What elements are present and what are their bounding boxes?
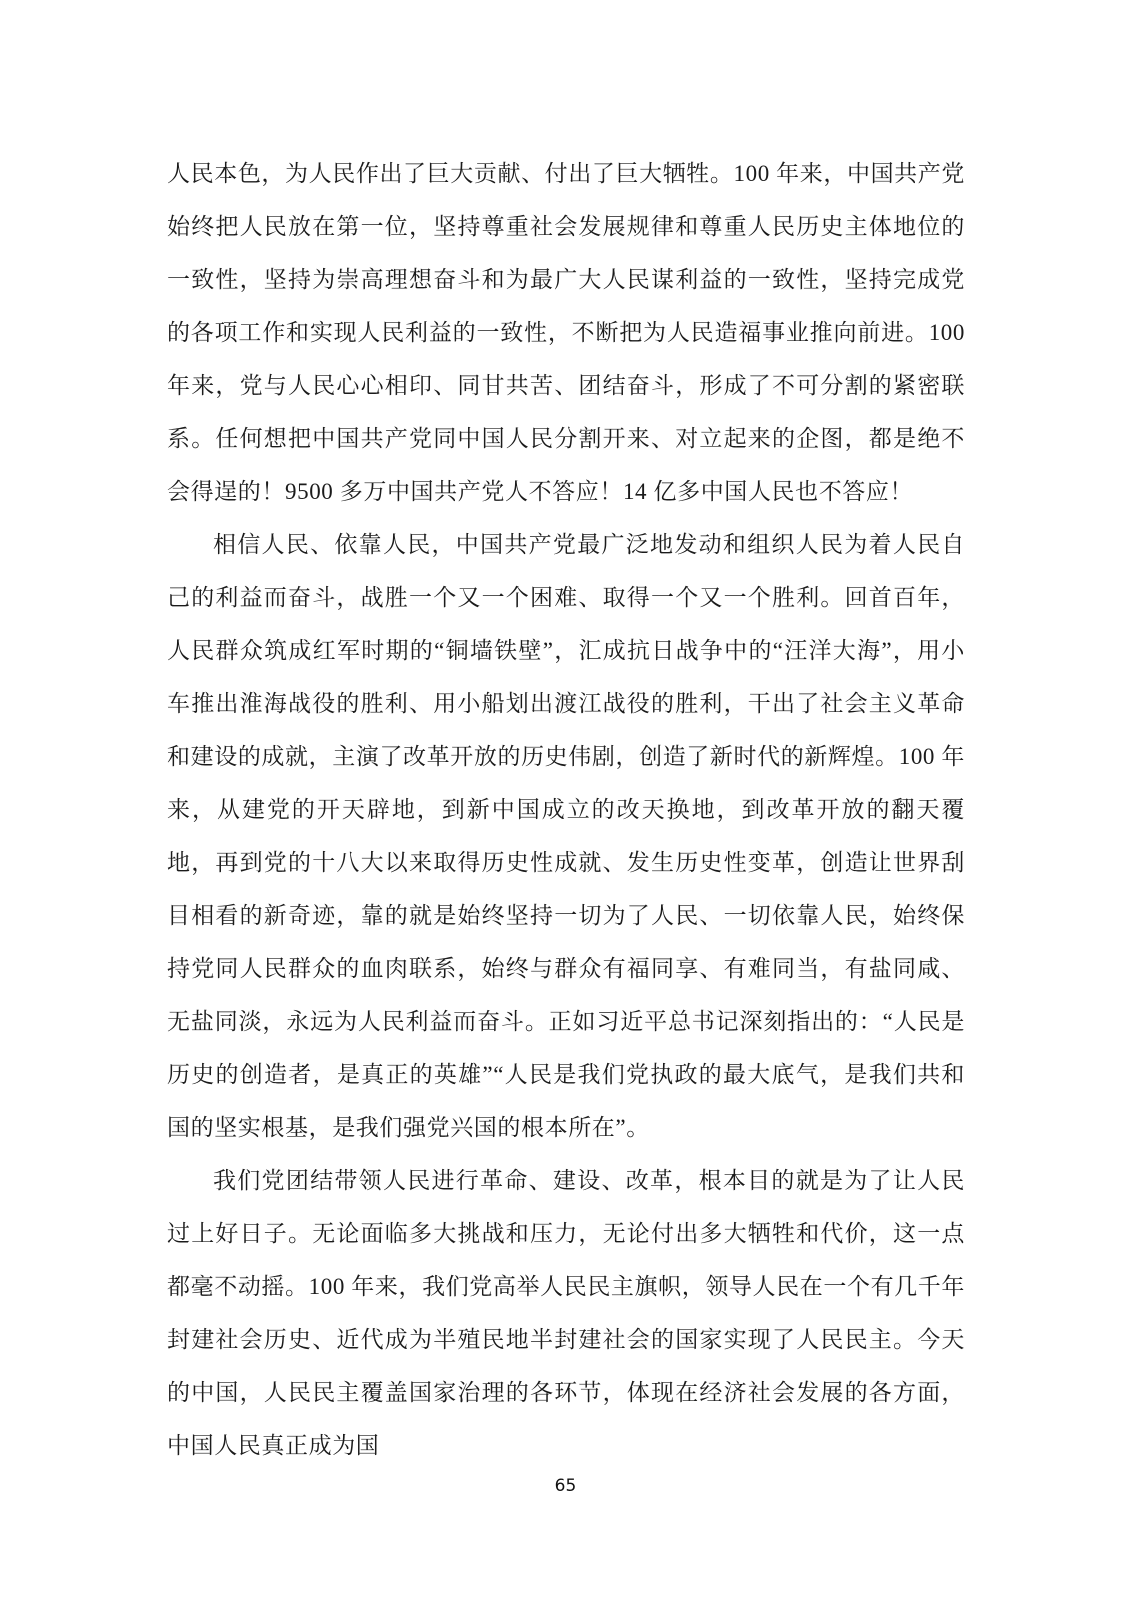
page-body-text: 人民本色，为人民作出了巨大贡献、付出了巨大牺牲。100 年来，中国共产党始终把人… — [167, 147, 965, 1472]
document-page: 人民本色，为人民作出了巨大贡献、付出了巨大牺牲。100 年来，中国共产党始终把人… — [0, 0, 1131, 1600]
paragraph: 相信人民、依靠人民，中国共产党最广泛地发动和组织人民为着人民自己的利益而奋斗，战… — [167, 518, 965, 1154]
page-number: 65 — [555, 1476, 577, 1496]
paragraph: 我们党团结带领人民进行革命、建设、改革，根本目的就是为了让人民过上好日子。无论面… — [167, 1154, 965, 1472]
paragraph-continuation: 人民本色，为人民作出了巨大贡献、付出了巨大牺牲。100 年来，中国共产党始终把人… — [167, 147, 965, 518]
page-footer: 65 — [0, 1476, 1131, 1496]
